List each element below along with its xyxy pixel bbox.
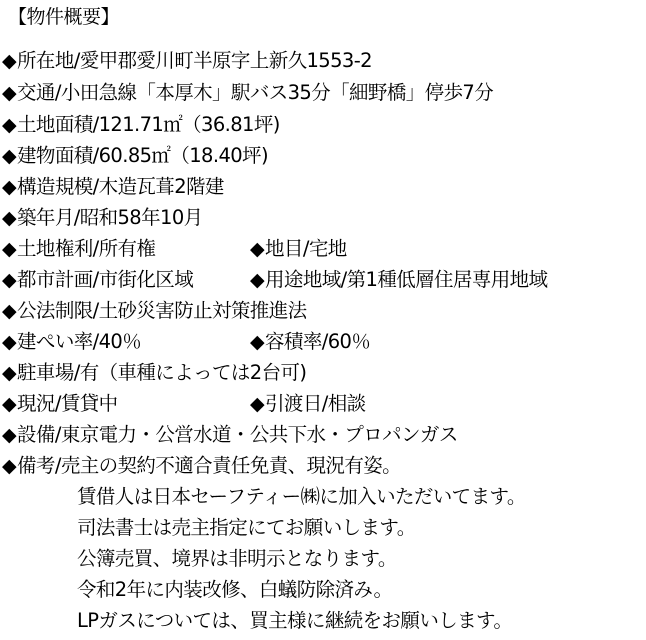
row-legal-restrictions: ◆公法制限/土砂災害防止対策推進法: [2, 296, 307, 326]
diamond-bullet-icon: ◆: [2, 141, 16, 171]
value-land-rights: 所有権: [99, 237, 156, 260]
label-building-coverage: 建ぺい率: [17, 330, 93, 353]
label-land-area: 土地面積: [17, 113, 93, 136]
value-facilities: 東京電力・公営水道・公共下水・プロパンガス: [61, 423, 458, 446]
diamond-bullet-icon: ◆: [2, 46, 16, 76]
label-location: 所在地: [17, 49, 74, 72]
row-remarks: ◆備考/売主の契約不適合責任免責、現況有姿。: [2, 451, 401, 481]
diamond-bullet-icon: ◆: [2, 265, 16, 295]
diamond-bullet-icon: ◆: [250, 327, 264, 357]
value-legal-restrictions: 土砂災害防止対策推進法: [99, 299, 307, 322]
value-floor-area-ratio: 60％: [328, 330, 371, 353]
diamond-bullet-icon: ◆: [2, 203, 16, 233]
diamond-bullet-icon: ◆: [250, 389, 264, 419]
item-floor-area-ratio: ◆容積率/60％: [250, 327, 370, 357]
diamond-bullet-icon: ◆: [2, 78, 16, 108]
row-land-area: ◆土地面積/121.71㎡（36.81坪): [2, 110, 280, 140]
label-zoning: 用途地域: [265, 268, 341, 291]
row-facilities: ◆設備/東京電力・公営水道・公共下水・プロパンガス: [2, 420, 458, 450]
diamond-bullet-icon: ◆: [2, 389, 16, 419]
value-structure: 木造瓦葺2階建: [99, 175, 224, 198]
label-land-rights: 土地権利: [17, 237, 93, 260]
label-remarks: 備考: [17, 454, 55, 477]
row-land-rights-and-category: ◆土地権利/所有権 ◆地目/宅地: [2, 234, 642, 264]
value-location: 愛甲郡愛川町半原字上新久1553-2: [80, 49, 372, 72]
diamond-bullet-icon: ◆: [250, 234, 264, 264]
label-facilities: 設備: [17, 423, 55, 446]
remark-note-line: 公簿売買、境界は非明示となります。: [77, 544, 397, 574]
item-land-rights: ◆土地権利/所有権: [2, 234, 155, 264]
value-land-category: 宅地: [309, 237, 347, 260]
diamond-bullet-icon: ◆: [2, 296, 16, 326]
item-building-coverage: ◆建ぺい率/40％: [2, 327, 141, 357]
item-current-status: ◆現況/賃貸中: [2, 389, 118, 419]
diamond-bullet-icon: ◆: [2, 172, 16, 202]
row-city-planning-and-zoning: ◆都市計画/市街化区域 ◆用途地域/第1種低層住居専用地域: [2, 265, 642, 295]
value-parking: 有（車種によっては2台可): [80, 361, 307, 384]
row-parking: ◆駐車場/有（車種によっては2台可): [2, 358, 306, 388]
label-land-category: 地目: [265, 237, 303, 260]
value-built-date: 昭和58年10月: [80, 206, 203, 229]
value-land-area: 121.71㎡（36.81坪): [99, 113, 280, 136]
label-city-planning: 都市計画: [17, 268, 93, 291]
label-handover-date: 引渡日: [265, 392, 322, 415]
diamond-bullet-icon: ◆: [2, 420, 16, 450]
value-handover-date: 相談: [328, 392, 366, 415]
row-status-and-handover: ◆現況/賃貸中 ◆引渡日/相談: [2, 389, 642, 419]
property-overview-document: 【物件概要】 ◆所在地/愛甲郡愛川町半原字上新久1553-2 ◆交通/小田急線「…: [0, 0, 646, 640]
row-structure: ◆構造規模/木造瓦葺2階建: [2, 172, 224, 202]
remark-note-line: 司法書士は売主指定にてお願いします。: [77, 513, 416, 543]
row-built-date: ◆築年月/昭和58年10月: [2, 203, 203, 233]
diamond-bullet-icon: ◆: [2, 358, 16, 388]
label-structure: 構造規模: [17, 175, 93, 198]
label-current-status: 現況: [17, 392, 55, 415]
diamond-bullet-icon: ◆: [2, 327, 16, 357]
row-coverage-and-floor-ratio: ◆建ぺい率/40％ ◆容積率/60％: [2, 327, 642, 357]
value-zoning: 第1種低層住居専用地域: [347, 268, 548, 291]
item-land-category: ◆地目/宅地: [250, 234, 347, 264]
remark-note-line: LPガスについては、買主様に継続をお願いします。: [77, 606, 512, 636]
diamond-bullet-icon: ◆: [2, 234, 16, 264]
value-city-planning: 市街化区域: [99, 268, 194, 291]
value-access: 小田急線「本厚木」駅バス35分「細野橋」停歩7分: [61, 81, 493, 104]
item-city-planning: ◆都市計画/市街化区域: [2, 265, 193, 295]
label-building-area: 建物面積: [17, 144, 93, 167]
label-floor-area-ratio: 容積率: [265, 330, 322, 353]
value-remarks: 売主の契約不適合責任免責、現況有姿。: [61, 454, 401, 477]
item-zoning: ◆用途地域/第1種低層住居専用地域: [250, 265, 547, 295]
remark-note-line: 賃借人は日本セーフティー㈱に加入いただいてます。: [77, 482, 526, 512]
diamond-bullet-icon: ◆: [2, 451, 16, 481]
label-access: 交通: [17, 81, 55, 104]
value-building-coverage: 40％: [99, 330, 142, 353]
row-location: ◆所在地/愛甲郡愛川町半原字上新久1553-2: [2, 46, 372, 76]
label-legal-restrictions: 公法制限: [17, 299, 93, 322]
document-title: 【物件概要】: [8, 4, 119, 30]
row-building-area: ◆建物面積/60.85㎡（18.40坪): [2, 141, 268, 171]
row-access: ◆交通/小田急線「本厚木」駅バス35分「細野橋」停歩7分: [2, 78, 493, 108]
value-building-area: 60.85㎡（18.40坪): [99, 144, 268, 167]
label-parking: 駐車場: [17, 361, 74, 384]
label-built-date: 築年月: [17, 206, 74, 229]
item-handover-date: ◆引渡日/相談: [250, 389, 366, 419]
value-current-status: 賃貸中: [61, 392, 118, 415]
diamond-bullet-icon: ◆: [2, 110, 16, 140]
diamond-bullet-icon: ◆: [250, 265, 264, 295]
remark-note-line: 令和2年に内装改修、白蟻防除済み。: [77, 575, 392, 605]
